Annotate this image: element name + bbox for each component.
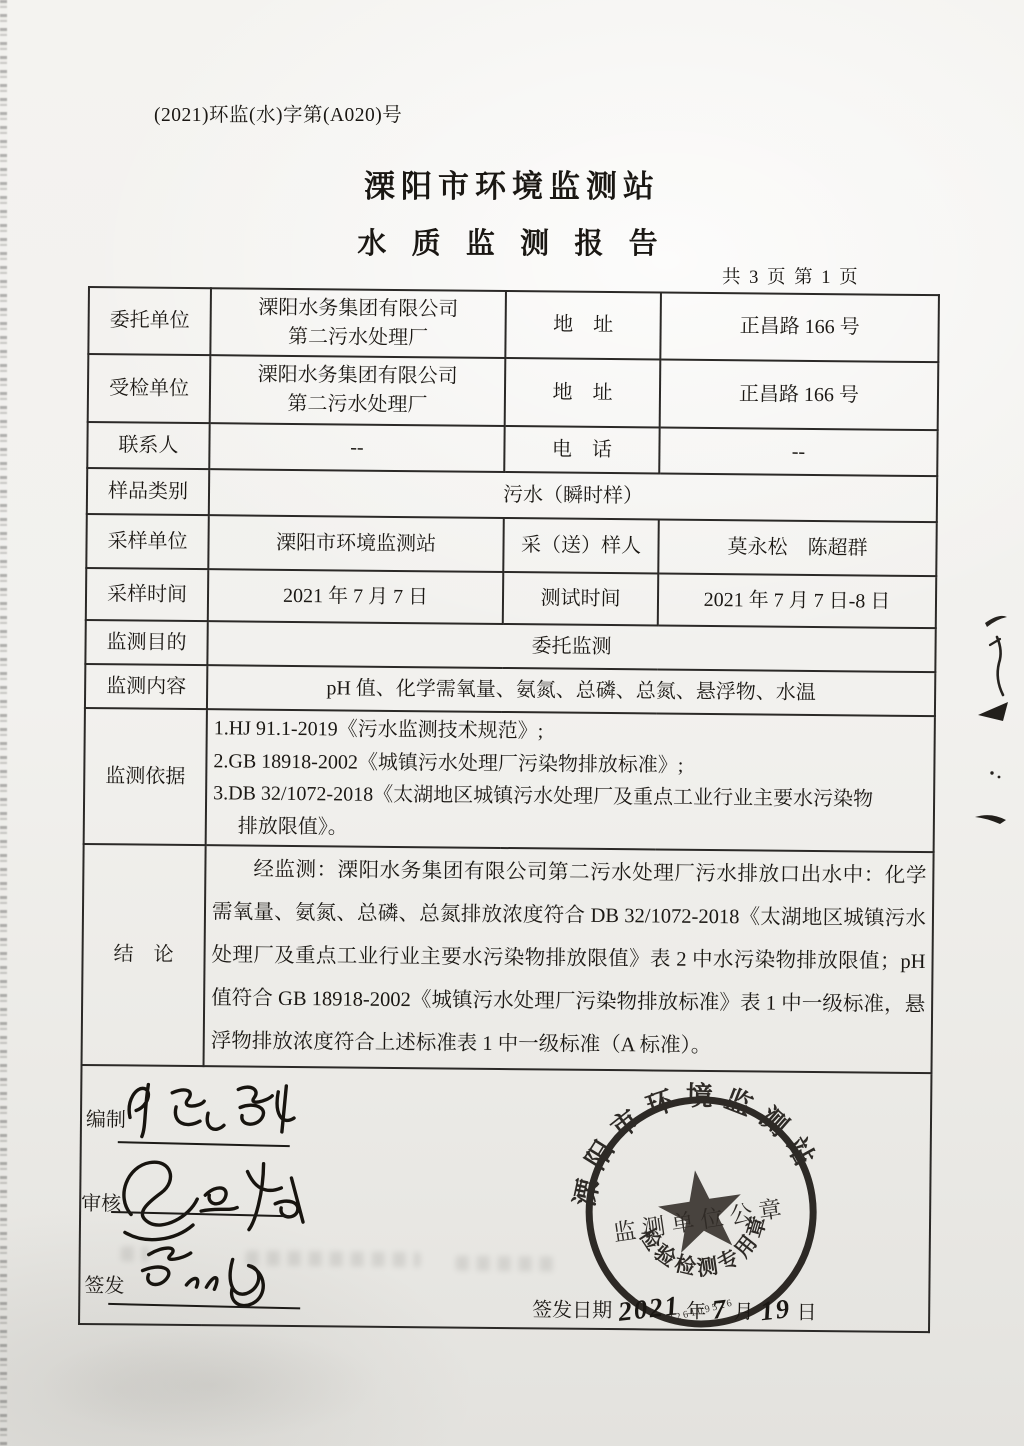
table-row: 样品类别 污水（瞬时样） [87, 468, 937, 522]
cell-test-time-value: 2021 年 7 月 7 日-8 日 [658, 573, 936, 628]
cell-basis-label: 监测依据 [84, 708, 207, 845]
cell-purpose-value: 委托监测 [207, 621, 935, 672]
cell-test-time-label: 测试时间 [503, 572, 658, 625]
report-table: 委托单位 溧阳水务集团有限公司 第二污水处理厂 地 址 正昌路 166 号 受检… [78, 286, 940, 1333]
cell-basis-value: 1.HJ 91.1-2019《污水监测技术规范》; 2.GB 18918-200… [206, 709, 935, 852]
cell-conclusion-value: 经监测：溧阳水务集团有限公司第二污水处理厂污水排放口出水中：化学需氧量、氨氮、总… [204, 845, 934, 1073]
table-row: 委托单位 溧阳水务集团有限公司 第二污水处理厂 地 址 正昌路 166 号 [88, 287, 939, 362]
margin-ink-marks [940, 575, 1024, 835]
cell-sampling-time-label: 采样时间 [86, 568, 208, 621]
cell-phone-label: 电 话 [504, 426, 659, 473]
report-title: 水 质 监 测 报 告 [0, 221, 1024, 262]
cell-inspected-label: 受检单位 [88, 354, 211, 423]
signature-area: 编制 审核 签发 [79, 1065, 931, 1332]
basis-item-3: 3.DB 32/1072-2018《太湖地区城镇污水处理厂及重点工业行业主要水污… [213, 777, 928, 849]
table-row: 编制 审核 签发 [79, 1065, 931, 1332]
issue-date-label: 签发日期 [532, 1296, 612, 1326]
issue-date-day-handwritten: 19 [758, 1289, 793, 1331]
page-count-note: 共 3 页 第 1 页 [722, 263, 860, 289]
cell-sampler-value: 莫永松 陈超群 [658, 519, 937, 576]
report-table-wrap: 委托单位 溧阳水务集团有限公司 第二污水处理厂 地 址 正昌路 166 号 受检… [78, 286, 940, 1333]
bleedthrough-smudge [246, 1251, 421, 1268]
org-name-title: 溧阳市环境监测站 [0, 161, 1024, 206]
cell-content-label: 监测内容 [85, 664, 207, 709]
cell-client-addr-label: 地 址 [505, 291, 661, 359]
bleedthrough-smudge [456, 1256, 561, 1272]
cell-sample-type-value: 污水（瞬时样） [209, 469, 937, 522]
seal-ring-text: 溧阳市环境监测站 [554, 1062, 826, 1214]
cell-conclusion-label: 结 论 [82, 844, 206, 1066]
table-row: 采样时间 2021 年 7 月 7 日 测试时间 2021 年 7 月 7 日-… [86, 568, 936, 628]
scanned-report-page: (2021)环监(水)字第(A020)号 溧阳市环境监测站 水 质 监 测 报 … [0, 0, 1024, 1446]
cell-contact-value: -- [209, 423, 504, 472]
issue-date-year-handwritten: 2021 [616, 1286, 682, 1332]
cell-sample-type-label: 样品类别 [87, 468, 209, 515]
cell-purpose-label: 监测目的 [85, 620, 207, 665]
cell-client-addr-value: 正昌路 166 号 [660, 293, 939, 363]
table-row: 联系人 -- 电 话 -- [87, 422, 937, 476]
table-row: 受检单位 溧阳水务集团有限公司 第二污水处理厂 地 址 正昌路 166 号 [88, 354, 939, 430]
issue-date-day-suffix: 日 [797, 1299, 817, 1328]
cell-contact-label: 联系人 [87, 422, 209, 469]
issued-by-label: 签发 [84, 1272, 124, 1301]
table-row: 监测依据 1.HJ 91.1-2019《污水监测技术规范》; 2.GB 1891… [84, 708, 935, 852]
issue-date-line: 签发日期 2021 年 7 月 19 日 [532, 1288, 817, 1330]
cell-sampling-org-value: 溧阳市环境监测站 [208, 515, 504, 572]
cell-client-label: 委托单位 [88, 287, 211, 355]
bleedthrough-smudge [121, 1246, 149, 1261]
conclusion-paragraph: 经监测：溧阳水务集团有限公司第二污水处理厂污水排放口出水中：化学需氧量、氨氮、总… [211, 848, 927, 1070]
issue-date-month-handwritten: 7 [710, 1289, 730, 1330]
signature-prepared-scribble [120, 1072, 311, 1146]
document-ref-number: (2021)环监(水)字第(A020)号 [154, 99, 402, 127]
cell-content-value: pH 值、化学需氧量、氨氮、总磷、总氮、悬浮物、水温 [207, 665, 935, 716]
table-row: 结 论 经监测：溧阳水务集团有限公司第二污水处理厂污水排放口出水中：化学需氧量、… [82, 844, 934, 1073]
cell-inspected-value: 溧阳水务集团有限公司 第二污水处理厂 [210, 355, 506, 426]
cell-client-value: 溧阳水务集团有限公司 第二污水处理厂 [210, 288, 506, 358]
cell-sampling-org-label: 采样单位 [86, 514, 209, 569]
table-row: 采样单位 溧阳市环境监测站 采（送）样人 莫永松 陈超群 [86, 514, 936, 576]
issue-date-year-suffix: 年 [686, 1298, 706, 1327]
cell-phone-value: -- [659, 427, 937, 476]
paper-blotch [40, 1330, 380, 1440]
cell-sampling-time-value: 2021 年 7 月 7 日 [208, 569, 503, 624]
issue-date-month-suffix: 月 [734, 1298, 754, 1327]
cell-inspected-addr-label: 地 址 [505, 358, 661, 427]
cell-inspected-addr-value: 正昌路 166 号 [660, 359, 939, 430]
scan-edge-noise [0, 0, 7, 1446]
cell-sampler-label: 采（送）样人 [503, 518, 659, 573]
